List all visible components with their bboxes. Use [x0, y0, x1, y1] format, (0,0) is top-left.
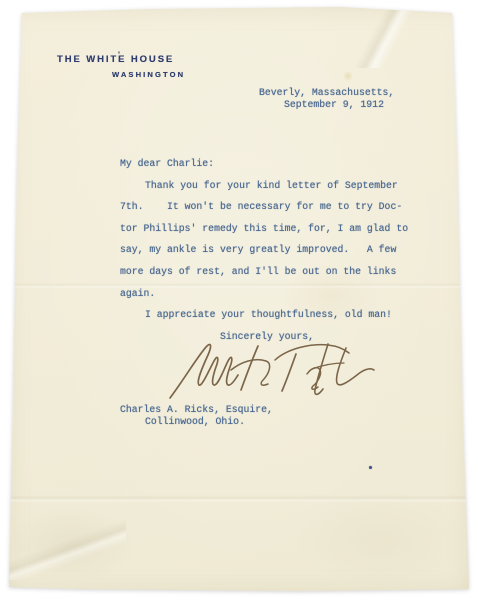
recipient-name: Charles A. Ricks, Esquire, — [120, 404, 273, 416]
salutation-line: My dear Charlie: — [120, 153, 430, 175]
letter-photograph: THE WHITE HOUSE WASHINGTON Beverly, Mass… — [0, 0, 478, 600]
dateline: Beverly, Massachusetts, September 9, 191… — [259, 87, 394, 112]
body-line: Thank you for your kind letter of Septem… — [120, 175, 430, 197]
body-line: tor Phillips' remedy this time, for, I a… — [120, 218, 430, 240]
letterhead-subtitle: WASHINGTON — [112, 70, 185, 79]
paper-shadow-wrap: THE WHITE HOUSE WASHINGTON Beverly, Mass… — [0, 0, 478, 600]
letterhead-title: THE WHITE HOUSE — [57, 54, 174, 65]
body-line: I appreciate your thoughtfulness, old ma… — [120, 304, 430, 326]
letter-paper: THE WHITE HOUSE WASHINGTON Beverly, Mass… — [0, 0, 478, 600]
dateline-date: September 9, 1912 — [259, 99, 394, 111]
body-line: again. — [120, 283, 430, 305]
paper-crease-top-right — [295, 6, 470, 68]
taft-signature-handwriting — [165, 336, 380, 406]
stray-ink-dot — [369, 466, 372, 469]
body-line: say, my ankle is very greatly improved. … — [120, 239, 430, 261]
body-line: more days of rest, and I'll be out on th… — [120, 261, 430, 283]
body-line: 7th. It won't be necessary for me to try… — [120, 196, 430, 218]
recipient-address: Charles A. Ricks, Esquire, Collinwood, O… — [120, 404, 273, 427]
paper-crease-lower — [10, 492, 470, 504]
letter-body: My dear Charlie: Thank you for your kind… — [120, 153, 430, 347]
dateline-place: Beverly, Massachusetts, — [259, 87, 394, 99]
paper-crease-bottom-left — [6, 520, 126, 580]
recipient-city: Collinwood, Ohio. — [120, 416, 273, 428]
